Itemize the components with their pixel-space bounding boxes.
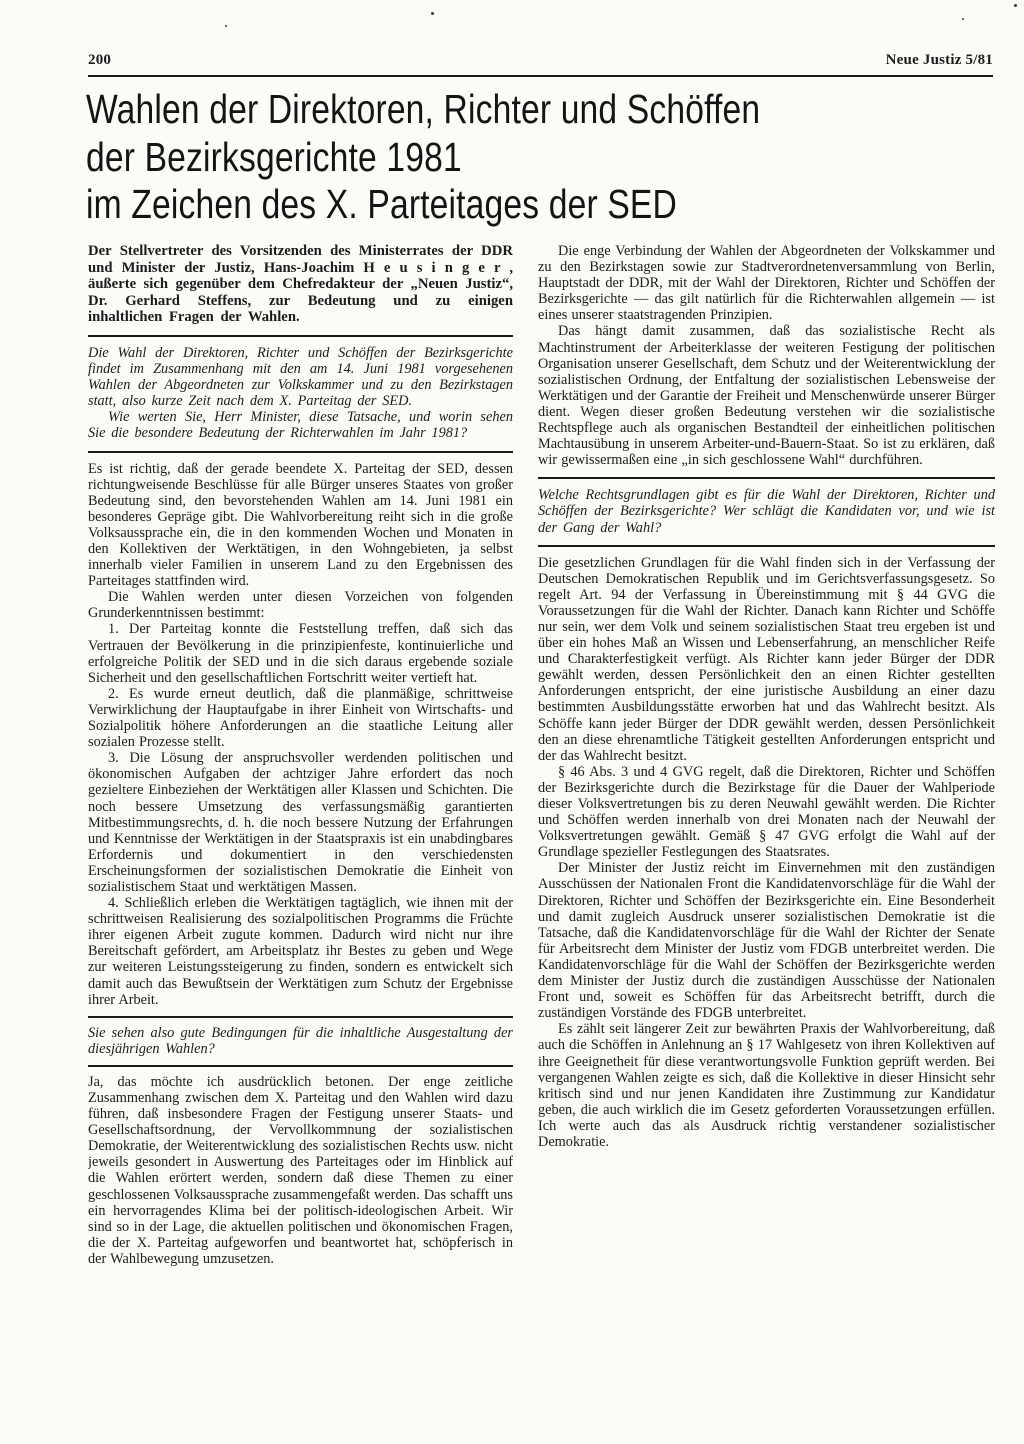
question-paragraph: Wie werten Sie, Herr Minister, diese Tat… bbox=[88, 409, 513, 441]
article-title: Wahlen der Direktoren, Richter und Schöf… bbox=[86, 86, 955, 229]
question-paragraph: Die Wahl der Direktoren, Richter und Sch… bbox=[88, 345, 513, 409]
scan-speck bbox=[1014, 4, 1017, 7]
separator-rule bbox=[88, 451, 513, 453]
scan-speck bbox=[225, 25, 227, 27]
separator-rule bbox=[88, 1065, 513, 1067]
running-head: 200 Neue Justiz 5/81 bbox=[88, 52, 993, 69]
answer-paragraph: Die Wahlen werden unter diesen Vorzeiche… bbox=[88, 589, 513, 621]
answer-paragraph: 3. Die Lösung der anspruchsvoller werden… bbox=[88, 750, 513, 895]
separator-rule bbox=[538, 477, 995, 479]
body-paragraph: Das hängt damit zusammen, daß das sozial… bbox=[538, 323, 995, 468]
journal-page-scan: 200 Neue Justiz 5/81 Wahlen der Direktor… bbox=[0, 0, 1024, 1444]
article-lede: Der Stellvertreter des Vorsitzenden des … bbox=[88, 243, 513, 326]
right-column: Die enge Verbindung der Wahlen der Abgeo… bbox=[538, 243, 995, 1373]
separator-rule bbox=[88, 335, 513, 337]
title-line-3: im Zeichen des X. Parteitages der SED bbox=[86, 181, 955, 229]
question-paragraph: Welche Rechtsgrundlagen gibt es für die … bbox=[538, 487, 995, 535]
title-line-1: Wahlen der Direktoren, Richter und Schöf… bbox=[86, 86, 955, 134]
page-number: 200 bbox=[88, 52, 111, 69]
interview-question-2: Sie sehen also gute Bedingungen für die … bbox=[88, 1025, 513, 1057]
separator-rule bbox=[538, 545, 995, 547]
scan-speck bbox=[962, 18, 964, 20]
answer-paragraph: Ja, das möchte ich ausdrücklich betonen.… bbox=[88, 1074, 513, 1267]
answer-paragraph: Es ist richtig, daß der gerade beendete … bbox=[88, 461, 513, 590]
answer-paragraph: Der Minister der Justiz reicht im Einver… bbox=[538, 860, 995, 1021]
separator-rule bbox=[88, 1016, 513, 1018]
body-paragraph: Die enge Verbindung der Wahlen der Abgeo… bbox=[538, 243, 995, 323]
title-line-2: der Bezirksgerichte 1981 bbox=[86, 134, 955, 182]
header-rule bbox=[88, 75, 993, 77]
interview-question-1: Die Wahl der Direktoren, Richter und Sch… bbox=[88, 345, 513, 442]
answer-paragraph: 1. Der Parteitag konnte die Feststellung… bbox=[88, 621, 513, 685]
answer-paragraph: 4. Schließlich erleben die Werktätigen t… bbox=[88, 895, 513, 1008]
interview-question-3: Welche Rechtsgrundlagen gibt es für die … bbox=[538, 487, 995, 535]
answer-paragraph: 2. Es wurde erneut deutlich, daß die pla… bbox=[88, 686, 513, 750]
journal-issue: Neue Justiz 5/81 bbox=[886, 52, 993, 69]
answer-paragraph: Es zählt seit längerer Zeit zur bewährte… bbox=[538, 1021, 995, 1150]
answer-paragraph: § 46 Abs. 3 und 4 GVG regelt, daß die Di… bbox=[538, 764, 995, 861]
left-column: Der Stellvertreter des Vorsitzenden des … bbox=[88, 243, 513, 1368]
scan-speck bbox=[431, 12, 434, 15]
question-paragraph: Sie sehen also gute Bedingungen für die … bbox=[88, 1025, 513, 1057]
answer-paragraph: Die gesetzlichen Grundlagen für die Wahl… bbox=[538, 555, 995, 764]
